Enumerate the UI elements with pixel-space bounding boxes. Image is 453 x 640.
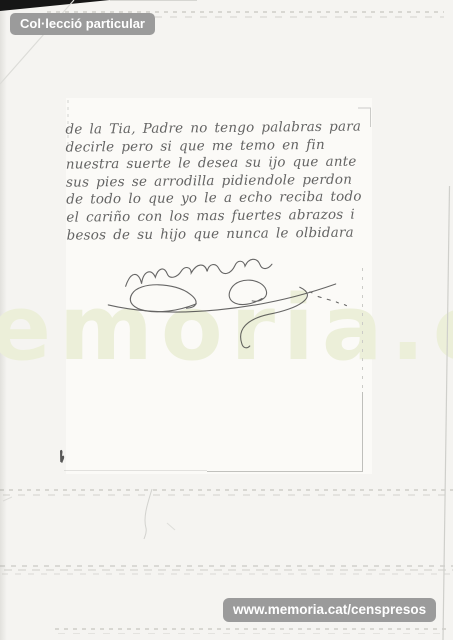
hairline-crease — [3, 497, 12, 501]
scan-noise-band — [55, 626, 447, 634]
collection-badge: Col·lecció particular — [10, 13, 155, 35]
handwriting-line: besos de su hijo que nunca le olbidara — [66, 224, 382, 245]
scanned-document: emoria.c de la Tia, Padre no tengo palab… — [0, 0, 453, 640]
handwritten-letter: de la Tia, Padre no tengo palabras para … — [65, 118, 382, 244]
ink-blot — [60, 450, 64, 463]
handwriting-line: de la Tia, Padre no tengo palabras para — [65, 118, 381, 139]
hairline-crease — [167, 523, 175, 530]
url-badge: www.memoria.cat/censpresos — [223, 598, 436, 622]
scan-noise-band — [0, 564, 453, 575]
scan-noise-band — [0, 487, 453, 497]
